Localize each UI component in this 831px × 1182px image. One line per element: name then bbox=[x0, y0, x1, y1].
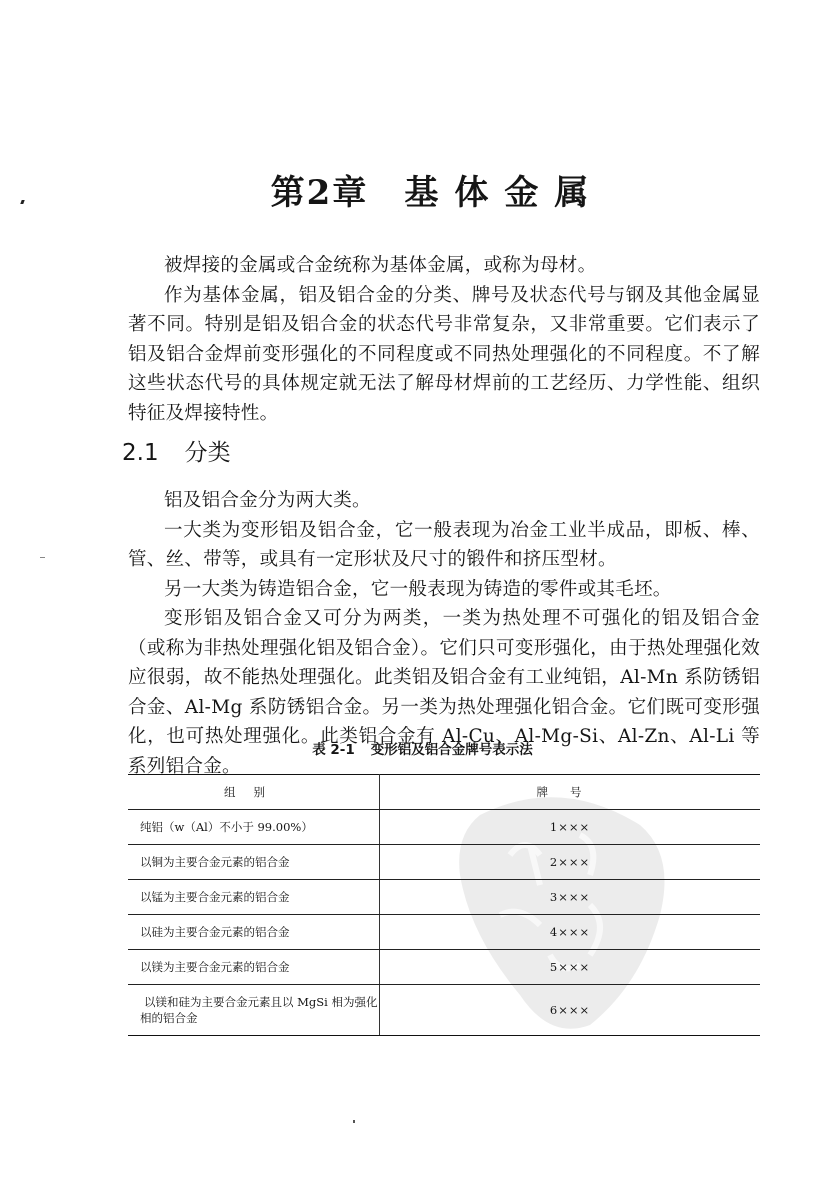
paragraph: 一大类为变形铝及铝合金，它一般表现为冶金工业半成品，即板、棒、管、丝、带等，或具… bbox=[128, 516, 760, 575]
table-number: 表 2-1 bbox=[312, 742, 355, 758]
chapter-name-char: 基 bbox=[404, 173, 440, 213]
cell-grade: 3××× bbox=[380, 880, 761, 915]
header-grade: 牌号 bbox=[380, 775, 761, 810]
cell-group: 以铜为主要合金元素的铝合金 bbox=[128, 845, 380, 880]
paragraph: 被焊接的金属或合金统称为基体金属，或称为母材。 bbox=[128, 251, 760, 281]
chapter-name-char: 体 bbox=[454, 173, 490, 213]
table-row: 纯铝（w（Al）不小于 99.00%） 1××× bbox=[128, 810, 760, 845]
cell-group: 以硅为主要合金元素的铝合金 bbox=[128, 915, 380, 950]
table-row: 以硅为主要合金元素的铝合金 4××× bbox=[128, 915, 760, 950]
cell-grade: 1××× bbox=[380, 810, 761, 845]
cell-grade: 4××× bbox=[380, 915, 761, 950]
chapter-name-char: 金 bbox=[504, 173, 540, 213]
section-title: 分类 bbox=[185, 440, 231, 466]
chapter-title: 第2章基体金属 bbox=[0, 165, 831, 214]
cell-group: 以镁为主要合金元素的铝合金 bbox=[128, 950, 380, 985]
cell-grade: 2××× bbox=[380, 845, 761, 880]
header-group: 组别 bbox=[128, 775, 380, 810]
chapter-number: 第2章 bbox=[271, 173, 369, 213]
paragraph: 铝及铝合金分为两大类。 bbox=[128, 486, 760, 516]
scan-speck bbox=[40, 557, 45, 558]
intro-text: 被焊接的金属或合金统称为基体金属，或称为母材。 作为基体金属，铝及铝合金的分类、… bbox=[128, 251, 760, 428]
table-row: 以镁和硅为主要合金元素且以 MgSi 相为强化相的铝合金 6××× bbox=[128, 985, 760, 1036]
table-row: 以铜为主要合金元素的铝合金 2××× bbox=[128, 845, 760, 880]
section-number: 2.1 bbox=[122, 440, 159, 466]
section-text: 铝及铝合金分为两大类。 一大类为变形铝及铝合金，它一般表现为冶金工业半成品，即板… bbox=[128, 486, 760, 781]
cell-group: 以镁和硅为主要合金元素且以 MgSi 相为强化相的铝合金 bbox=[128, 985, 380, 1036]
cell-grade: 6××× bbox=[380, 985, 761, 1036]
section-heading: 2.1分类 bbox=[122, 434, 231, 467]
cell-grade: 5××× bbox=[380, 950, 761, 985]
chapter-name: 基体金属 bbox=[404, 173, 590, 213]
cell-group: 纯铝（w（Al）不小于 99.00%） bbox=[128, 810, 380, 845]
paragraph: 另一大类为铸造铝合金，它一般表现为铸造的零件或其毛坯。 bbox=[128, 575, 760, 605]
table-caption: 表 2-1变形铝及铝合金牌号表示法 bbox=[0, 738, 831, 758]
chapter-name-char: 属 bbox=[554, 173, 590, 213]
cell-group: 以锰为主要合金元素的铝合金 bbox=[128, 880, 380, 915]
table-title: 变形铝及铝合金牌号表示法 bbox=[371, 742, 533, 758]
paragraph: 作为基体金属，铝及铝合金的分类、牌号及状态代号与钢及其他金属显著不同。特别是铝及… bbox=[128, 281, 760, 429]
scan-speck bbox=[353, 1120, 355, 1123]
grades-table: 组别 牌号 纯铝（w（Al）不小于 99.00%） 1××× 以铜为主要合金元素… bbox=[128, 774, 760, 1036]
table-header-row: 组别 牌号 bbox=[128, 775, 760, 810]
table-row: 以镁为主要合金元素的铝合金 5××× bbox=[128, 950, 760, 985]
table-row: 以锰为主要合金元素的铝合金 3××× bbox=[128, 880, 760, 915]
